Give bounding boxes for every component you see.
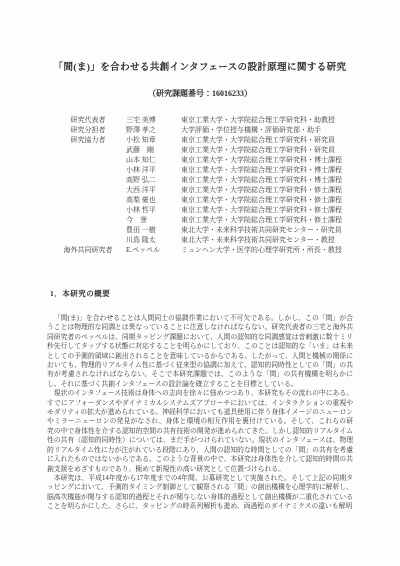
body-paragraph: 「間(ま)」を合わせることは人間同士の協調作業において不可欠である。しかし、この… xyxy=(47,314,353,389)
role-cell: 研究分担者 xyxy=(62,125,114,135)
table-row: 高野 弘二 東京工業大学・大学院総合理工学研究科・博士課程 xyxy=(0,175,400,185)
affiliation-cell: 東京工業大学・大学院総合理工学研究科・博士課程 xyxy=(181,165,400,175)
name-cell: 小林 洋平 xyxy=(126,165,181,175)
table-row: 研究協力者 小松 知章 東京工業大学・大学院総合理工学研究科・研究員 xyxy=(0,135,400,145)
affiliation-cell: 東京工業大学・大学院総合理工学研究科・研究員 xyxy=(181,135,400,145)
table-row: 豊田 一樹 東北大学・未来科学技術共同研究センター・研究員 xyxy=(0,225,400,235)
section-heading: 1．本研究の概要 xyxy=(50,288,400,299)
affiliation-cell: 東京工業大学・大学院総合理工学研究科・修士課程 xyxy=(181,205,400,215)
table-row: 海外共同研究者 E.ペッペル ミュンヘン大学・医学的心理学研究所・所長・教授 xyxy=(0,245,400,255)
document-title: 「間(ま)」を合わせる共創インタフェースの設計原理に関する研究 xyxy=(0,0,400,73)
affiliation-cell: 東京工業大学・大学院総合理工学研究科・博士課程 xyxy=(181,155,400,165)
grant-number: （研究課題番号：16016233） xyxy=(0,88,400,99)
table-row: 研究分担者 野澤 孝之 大学評価・学位授与機構・評価研究部・助手 xyxy=(0,125,400,135)
affiliation-cell: 東京工業大学・大学院総合理工学研究科・修士課程 xyxy=(181,185,400,195)
table-row: 小林 哲平 東京工業大学・大学院総合理工学研究科・修士課程 xyxy=(0,205,400,215)
role-cell: 研究代表者 xyxy=(62,115,114,125)
role-cell: 研究協力者 xyxy=(62,135,114,145)
role-cell: 海外共同研究者 xyxy=(62,245,114,255)
body-paragraph: 本研究は、平成14年度から17年度までの4年間、公募研究として実施された。そして… xyxy=(47,474,353,512)
name-cell: 武藤 剛 xyxy=(126,145,181,155)
table-row: 山本 知仁 東京工業大学・大学院総合理工学研究科・博士課程 xyxy=(0,155,400,165)
name-cell: 今 誉 xyxy=(126,215,181,225)
affiliation-cell: 東京工業大学・大学院総合理工学研究科・修士課程 xyxy=(181,195,400,205)
name-cell: 山本 知仁 xyxy=(126,155,181,165)
name-cell: 三宅 美博 xyxy=(126,115,181,125)
affiliation-cell: 大学評価・学位授与機構・評価研究部・助手 xyxy=(181,125,400,135)
table-row: 高梨 豪也 東京工業大学・大学院総合理工学研究科・修士課程 xyxy=(0,195,400,205)
name-cell: E.ペッペル xyxy=(126,245,181,255)
name-cell: 小松 知章 xyxy=(126,135,181,145)
name-cell: 高野 弘二 xyxy=(126,175,181,185)
table-row: 今 誉 東京工業大学・大学院総合理工学研究科・修士課程 xyxy=(0,215,400,225)
table-row: 小林 洋平 東京工業大学・大学院総合理工学研究科・博士課程 xyxy=(0,165,400,175)
body-text: 「間(ま)」を合わせることは人間同士の協調作業において不可欠である。しかし、この… xyxy=(47,314,353,512)
affiliation-cell: 東京工業大学・大学院総合理工学研究科・研究員 xyxy=(181,145,400,155)
table-row: 川島 隆太 東北大学・未来科学技術共同研究センター・教授 xyxy=(0,235,400,245)
table-row: 研究代表者 三宅 美博 東京工業大学・大学院総合理工学研究科・助教授 xyxy=(0,115,400,125)
affiliation-cell: 東北大学・未来科学技術共同研究センター・研究員 xyxy=(181,225,400,235)
affiliation-cell: ミュンヘン大学・医学的心理学研究所・所長・教授 xyxy=(181,245,400,255)
name-cell: 大西 洋平 xyxy=(126,185,181,195)
affiliation-cell: 東京工業大学・大学院総合理工学研究科・博士課程 xyxy=(181,175,400,185)
affiliation-cell: 東京工業大学・大学院総合理工学研究科・助教授 xyxy=(181,115,400,125)
name-cell: 小林 哲平 xyxy=(126,205,181,215)
body-paragraph: 現状のインタフェース技術は身体への志向を徐々に強めつつあり、本研究もその流れの中… xyxy=(47,389,353,474)
table-row: 大西 洋平 東京工業大学・大学院総合理工学研究科・修士課程 xyxy=(0,185,400,195)
affiliation-cell: 東京工業大学・大学院総合理工学研究科・修士課程 xyxy=(181,215,400,225)
researcher-table: 研究代表者 三宅 美博 東京工業大学・大学院総合理工学研究科・助教授 研究分担者… xyxy=(0,115,400,255)
name-cell: 川島 隆太 xyxy=(126,235,181,245)
name-cell: 豊田 一樹 xyxy=(126,225,181,235)
name-cell: 高梨 豪也 xyxy=(126,195,181,205)
name-cell: 野澤 孝之 xyxy=(126,125,181,135)
affiliation-cell: 東北大学・未来科学技術共同研究センター・教授 xyxy=(181,235,400,245)
table-row: 武藤 剛 東京工業大学・大学院総合理工学研究科・研究員 xyxy=(0,145,400,155)
document-page: 「間(ま)」を合わせる共創インタフェースの設計原理に関する研究 （研究課題番号：… xyxy=(0,0,400,566)
